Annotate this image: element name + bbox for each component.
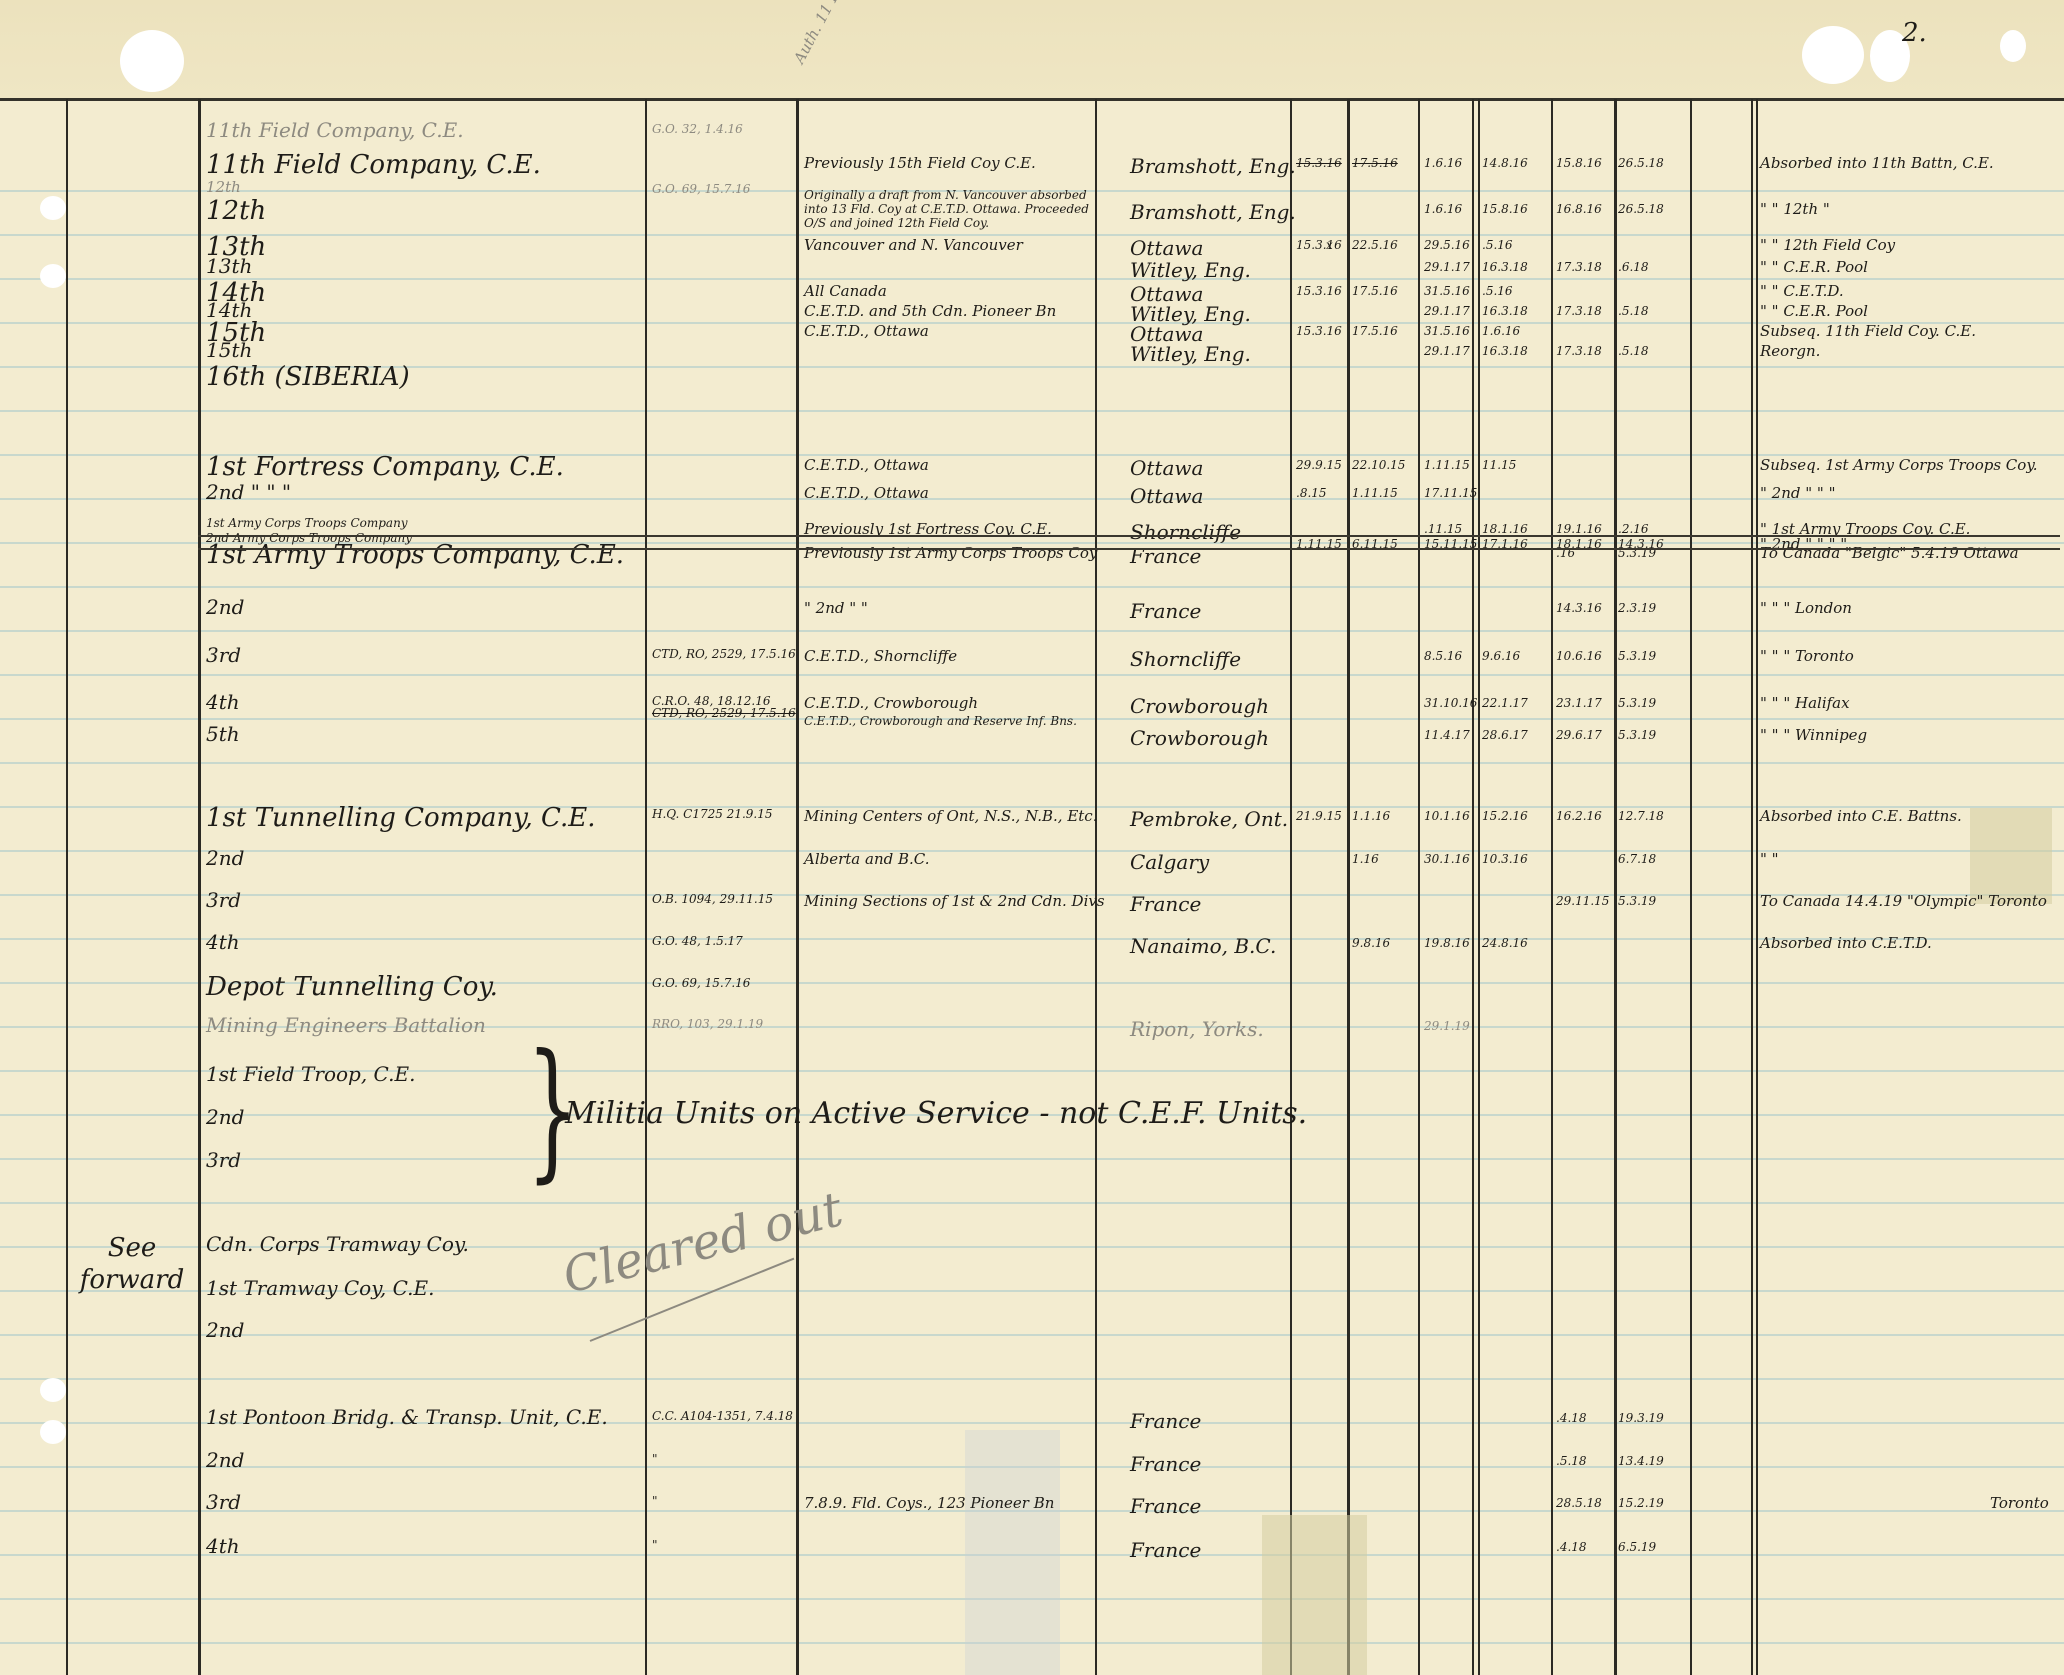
ruled-line (0, 762, 2064, 764)
origin-text: C.E.T.D., Crowborough and Reserve Inf. B… (804, 714, 1089, 728)
date-cell: 15.3.16 (1296, 156, 1342, 170)
remarks-column-line-b (1756, 99, 1758, 1675)
origin-text: C.E.T.D., Ottawa (804, 484, 929, 502)
origin-text: Mining Centers of Ont, N.S., N.B., Etc. (804, 807, 1097, 825)
remarks-text: To Canada "Belgic" 5.4.19 Ottawa (1760, 544, 2019, 562)
date-cell: 31.10.16 (1424, 696, 1477, 710)
date-cell: 10.1.16 (1424, 809, 1470, 823)
date-cell: 16.3.18 (1482, 304, 1528, 318)
origin-text: C.E.T.D., Ottawa (804, 456, 929, 474)
remarks-text: " " C.E.T.D. (1760, 282, 1844, 300)
date-cell: 9.6.16 (1482, 649, 1520, 663)
ruled-line (0, 1378, 2064, 1380)
date-cell: 22.10.15 (1352, 458, 1405, 472)
location-text: Witley, Eng. (1130, 258, 1251, 282)
unit-name: 4th (206, 690, 240, 714)
paper-patch (1970, 808, 2052, 904)
origin-column-line (796, 99, 799, 1675)
location-text: France (1130, 1452, 1201, 1476)
date-cell: .4.18 (1556, 1411, 1587, 1425)
unit-name: 3rd (206, 1148, 241, 1172)
date-cell: 17.3.18 (1556, 260, 1602, 274)
date-column-line-4 (1472, 99, 1474, 1675)
date-cell: 14.8.16 (1482, 156, 1528, 170)
unit-name: 11th Field Company, C.E. (206, 118, 464, 142)
remarks-text: Absorbed into C.E. Battns. (1760, 807, 1962, 825)
remarks-text: Absorbed into C.E.T.D. (1760, 934, 1932, 952)
unit-name: Depot Tunnelling Coy. (206, 972, 498, 1002)
punch-hole (40, 196, 66, 220)
location-text: Ottawa (1130, 484, 1203, 508)
punch-hole (120, 30, 184, 92)
margin-mark: x (1326, 238, 1333, 252)
authority-ref: G.O. 69, 15.7.16 (652, 182, 750, 196)
date-cell: 1.11.15 (1352, 486, 1398, 500)
date-cell: 2.3.19 (1618, 601, 1656, 615)
ruled-line (0, 1202, 2064, 1204)
unit-name: 1st Pontoon Bridg. & Transp. Unit, C.E. (206, 1405, 608, 1429)
militia-note: Militia Units on Active Service - not C.… (565, 1096, 1307, 1131)
date-cell: 15.3.16 (1296, 324, 1342, 338)
date-cell: 8.5.16 (1424, 649, 1462, 663)
origin-text: " 2nd " " (804, 599, 868, 617)
punch-hole (40, 1420, 66, 1444)
location-text: Ottawa (1130, 236, 1203, 260)
remarks-column-line (1751, 99, 1753, 1675)
location-text: Nanaimo, B.C. (1130, 934, 1276, 958)
date-column-line-1 (1290, 99, 1292, 1675)
date-cell: 29.5.16 (1424, 238, 1470, 252)
date-cell: 1.16 (1352, 852, 1379, 866)
unit-name: 12th (206, 178, 241, 196)
ruled-line (0, 630, 2064, 632)
unit-name: 2nd (206, 1318, 244, 1342)
unit-name: Mining Engineers Battalion (206, 1013, 486, 1037)
date-cell: .6.18 (1618, 260, 1649, 274)
date-cell: .8.15 (1296, 486, 1327, 500)
location-text: Pembroke, Ont. (1130, 807, 1288, 831)
date-cell: .5.16 (1482, 284, 1513, 298)
date-cell: 17.5.16 (1352, 324, 1398, 338)
date-cell: 29.1.17 (1424, 344, 1470, 358)
page-number: 2. (1902, 18, 1927, 48)
authority-ref: " (652, 1452, 658, 1466)
authority-ref: " (652, 1494, 658, 1508)
remarks-text: " " (1760, 850, 1779, 868)
date-column-line-3 (1418, 99, 1420, 1675)
date-cell: 28.6.17 (1482, 728, 1528, 742)
date-column-line-4b (1478, 99, 1480, 1675)
ruled-line (0, 850, 2064, 852)
location-text: France (1130, 1494, 1201, 1518)
unit-name: 1st Army Corps Troops Company (206, 516, 408, 530)
date-cell: .2.16 (1618, 522, 1649, 536)
unit-name: 1st Tunnelling Company, C.E. (206, 803, 596, 833)
authority-ref: G.O. 69, 15.7.16 (652, 976, 750, 990)
authority-ref: O.B. 1094, 29.11.15 (652, 892, 773, 906)
date-cell: .4.18 (1556, 1540, 1587, 1554)
date-cell: 16.3.18 (1482, 344, 1528, 358)
remarks-text: Toronto (1990, 1494, 2049, 1512)
ruled-line (0, 322, 2064, 324)
authority-ref: RRO, 103, 29.1.19 (652, 1017, 763, 1031)
date-cell: 6.7.18 (1618, 852, 1656, 866)
paper-patch (1262, 1515, 1367, 1675)
location-text: Bramshott, Eng. (1130, 200, 1296, 224)
date-cell: 31.5.16 (1424, 284, 1470, 298)
date-cell: 15.2.19 (1618, 1496, 1664, 1510)
date-cell: .5.16 (1482, 238, 1513, 252)
strike-line (198, 535, 2060, 537)
date-cell: 22.1.17 (1482, 696, 1528, 710)
date-cell: 22.5.16 (1352, 238, 1398, 252)
date-cell: 15.2.16 (1482, 809, 1528, 823)
date-cell: 11.4.17 (1424, 728, 1470, 742)
date-cell: 14.3.16 (1556, 601, 1602, 615)
location-column-line (1095, 99, 1097, 1675)
unit-name: 2nd (206, 595, 244, 619)
ruled-line (0, 938, 2064, 940)
date-cell: 5.3.19 (1618, 894, 1656, 908)
unit-name: 3rd (206, 1490, 241, 1514)
ruled-line (0, 278, 2064, 280)
date-cell: 21.9.15 (1296, 809, 1342, 823)
unit-name: 3rd (206, 888, 241, 912)
date-cell: 18.1.16 (1482, 522, 1528, 536)
location-text: France (1130, 1538, 1201, 1562)
remarks-text: " " 12th Field Coy (1760, 236, 1895, 254)
date-cell: 17.11.15 (1424, 486, 1477, 500)
location-text: Shorncliffe (1130, 647, 1241, 671)
location-text: France (1130, 1409, 1201, 1433)
location-text: Bramshott, Eng. (1130, 154, 1296, 178)
remarks-text: " " " Toronto (1760, 647, 1854, 665)
ruled-line (0, 674, 2064, 676)
unit-name: 4th (206, 1534, 240, 1558)
date-cell: 15.3.16 (1296, 284, 1342, 298)
remarks-text: " " 12th " (1760, 200, 1830, 218)
authority-ref-struck: CTD, RO, 2529, 17.5.16 (652, 706, 796, 720)
origin-text: 7.8.9. Fld. Coys., 123 Pioneer Bn (804, 1494, 1054, 1512)
origin-text: Alberta and B.C. (804, 850, 930, 868)
unit-column-line (198, 99, 201, 1675)
unit-name: 12th (206, 196, 266, 226)
origin-text: C.E.T.D. and 5th Cdn. Pioneer Bn (804, 302, 1056, 320)
origin-text: C.E.T.D., Crowborough (804, 694, 978, 712)
date-column-line-2 (1347, 99, 1350, 1675)
date-cell: 5.3.19 (1618, 649, 1656, 663)
date-column-line-6 (1614, 99, 1617, 1675)
remarks-text: " " C.E.R. Pool (1760, 258, 1868, 276)
remarks-text: " " " Halifax (1760, 694, 1850, 712)
authority-ref: G.O. 48, 1.5.17 (652, 934, 743, 948)
authority-ref: G.O. 32, 1.4.16 (652, 122, 743, 136)
origin-text: Previously 1st Army Corps Troops Coy (804, 544, 1097, 562)
date-cell: .5.18 (1618, 304, 1649, 318)
remarks-text: " " C.E.R. Pool (1760, 302, 1868, 320)
date-cell: 17.5.16 (1352, 156, 1398, 170)
remarks-text: Reorgn. (1760, 342, 1820, 360)
remarks-text: " " " London (1760, 599, 1852, 617)
date-cell: 23.1.17 (1556, 696, 1602, 710)
date-cell: 5.3.19 (1618, 696, 1656, 710)
date-cell: 1.6.16 (1424, 202, 1462, 216)
date-cell: 26.5.18 (1618, 202, 1664, 216)
unit-name: 3rd (206, 643, 241, 667)
date-cell: 29.9.15 (1296, 458, 1342, 472)
punch-hole (1802, 26, 1864, 84)
remarks-text: Subseq. 1st Army Corps Troops Coy. (1760, 456, 2038, 474)
paper-patch (965, 1430, 1060, 1675)
date-cell: 24.8.16 (1482, 936, 1528, 950)
location-text: Witley, Eng. (1130, 342, 1251, 366)
remarks-text: " " " Winnipeg (1760, 726, 1867, 744)
unit-name: 1st Field Troop, C.E. (206, 1062, 415, 1086)
date-cell: .11.15 (1424, 522, 1462, 536)
origin-text: C.E.T.D., Shorncliffe (804, 647, 957, 665)
date-cell: 29.1.17 (1424, 260, 1470, 274)
location-text: Crowborough (1130, 694, 1269, 718)
date-cell: 29.1.19 (1424, 1019, 1470, 1033)
unit-name: 2nd (206, 1105, 244, 1129)
unit-name: 11th Field Company, C.E. (206, 150, 541, 180)
date-cell: 1.1.16 (1352, 809, 1390, 823)
date-cell: 17.3.18 (1556, 344, 1602, 358)
date-cell: 10.3.16 (1482, 852, 1528, 866)
origin-text: Vancouver and N. Vancouver (804, 236, 1023, 254)
punch-hole (40, 1378, 66, 1402)
date-cell: 1.6.16 (1482, 324, 1520, 338)
date-cell: 15.8.16 (1556, 156, 1602, 170)
date-cell: 19.3.19 (1618, 1411, 1664, 1425)
date-cell: 29.6.17 (1556, 728, 1602, 742)
unit-name: Cdn. Corps Tramway Coy. (206, 1232, 469, 1256)
location-text: France (1130, 892, 1201, 916)
date-cell: 12.7.18 (1618, 809, 1664, 823)
date-cell: 19.8.16 (1424, 936, 1470, 950)
authority-ref: H.Q. C1725 21.9.15 (652, 807, 773, 821)
location-text: Ottawa (1130, 456, 1203, 480)
date-cell: 28.5.18 (1556, 1496, 1602, 1510)
date-cell: 19.1.16 (1556, 522, 1602, 536)
location-text: Crowborough (1130, 726, 1269, 750)
unit-name: 5th (206, 722, 240, 746)
date-cell: 15.3.16 (1296, 238, 1342, 252)
date-cell: 29.1.17 (1424, 304, 1470, 318)
origin-text: Mining Sections of 1st & 2nd Cdn. Divs (804, 892, 1105, 910)
date-cell: 1.6.16 (1424, 156, 1462, 170)
date-cell: 16.8.16 (1556, 202, 1602, 216)
date-cell: 16.2.16 (1556, 809, 1602, 823)
strike-line (198, 548, 2060, 550)
unit-name: 2nd (206, 846, 244, 870)
date-column-line-5 (1551, 99, 1553, 1675)
remarks-text: Subseq. 11th Field Coy. C.E. (1760, 322, 1976, 340)
ruled-line (0, 586, 2064, 588)
remarks-text: To Canada 14.4.19 "Olympic" Toronto (1760, 892, 2047, 910)
unit-name: 15th (206, 338, 252, 362)
unit-name: 1st Army Troops Company, C.E. (206, 540, 624, 570)
date-cell: 31.5.16 (1424, 324, 1470, 338)
origin-text: Originally a draft from N. Vancouver abs… (804, 188, 1089, 230)
remarks-text: Absorbed into 11th Battn, C.E. (1760, 154, 1994, 172)
ruled-line (0, 234, 2064, 236)
unit-name: 16th (SIBERIA) (206, 362, 410, 392)
date-cell: 15.8.16 (1482, 202, 1528, 216)
unit-name: 4th (206, 930, 240, 954)
date-cell: 1.11.15 (1424, 458, 1470, 472)
location-text: France (1130, 599, 1201, 623)
punch-hole (40, 264, 66, 288)
date-cell: 30.1.16 (1424, 852, 1470, 866)
see-forward-note: See forward (72, 1232, 192, 1296)
date-cell: 29.11.15 (1556, 894, 1609, 908)
date-cell: 17.3.18 (1556, 304, 1602, 318)
header-rule (0, 98, 2064, 101)
date-cell: 6.5.19 (1618, 1540, 1656, 1554)
unit-name: 2nd " " " (206, 480, 291, 504)
unit-name: 13th (206, 254, 252, 278)
location-text: Calgary (1130, 850, 1209, 874)
authority-ref: C.C. A104-1351, 7.4.18 (652, 1409, 793, 1423)
date-cell: .5.18 (1556, 1454, 1587, 1468)
date-cell: 10.6.16 (1556, 649, 1602, 663)
authority-ref: CTD, RO, 2529, 17.5.16 (652, 647, 796, 661)
unit-name: 1st Tramway Coy, C.E. (206, 1276, 434, 1300)
ruled-line (0, 1158, 2064, 1160)
location-text: Shorncliffe (1130, 520, 1241, 544)
date-cell: 13.4.19 (1618, 1454, 1664, 1468)
date-cell: 9.8.16 (1352, 936, 1390, 950)
date-cell: 17.5.16 (1352, 284, 1398, 298)
authority-column-line (645, 99, 647, 1675)
date-cell: 26.5.18 (1618, 156, 1664, 170)
origin-text: Previously 15th Field Coy C.E. (804, 154, 1036, 172)
date-cell: .5.18 (1618, 344, 1649, 358)
remarks-text: " 2nd " " " (1760, 484, 1835, 502)
punch-hole (2000, 30, 2026, 62)
date-column-line-7 (1690, 99, 1692, 1675)
authority-ref: " (652, 1538, 658, 1552)
origin-text: All Canada (804, 282, 887, 300)
location-text: Ripon, Yorks. (1130, 1017, 1264, 1041)
ruled-line (0, 498, 2064, 500)
date-cell: 5.3.19 (1618, 728, 1656, 742)
unit-name: 2nd (206, 1448, 244, 1472)
margin-column-line (66, 99, 68, 1675)
origin-text: C.E.T.D., Ottawa (804, 322, 929, 340)
ruled-line (0, 1334, 2064, 1336)
date-cell: 11.15 (1482, 458, 1516, 472)
unit-name: 1st Fortress Company, C.E. (206, 452, 564, 482)
ruled-line (0, 410, 2064, 412)
date-cell: 16.3.18 (1482, 260, 1528, 274)
